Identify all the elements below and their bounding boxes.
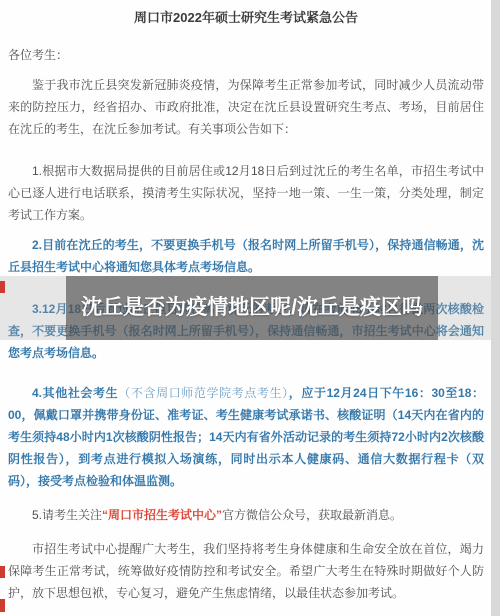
notice-item-4: 4.其他社会考生（不含周口师范学院考点考生），应于12月24日下午16：30至1… (8, 382, 484, 492)
item4-rest-text: ，应于12月24日下午16：30至18：00，佩戴口罩并携带身份证、准考证、考生… (8, 386, 484, 488)
announcement-page: 周口市2022年硕士研究生考试紧急公告 各位考生： 鉴于我市沈丘县突发新冠肺炎疫… (0, 0, 500, 616)
red-edge-mark (0, 281, 5, 293)
page-title: 周口市2022年硕士研究生考试紧急公告 (8, 8, 484, 28)
overlay-title: 沈丘是否为疫情地区呢/沈丘是疫区吗 (75, 292, 429, 324)
right-edge-strip (491, 0, 500, 616)
closing-paragraph: 市招生考试中心提醒广大考生，我们坚持将考生身体健康和生命安全放在首位，竭力保障考… (8, 538, 484, 604)
notice-item-1: 1.根据市大数据局提供的目前居住或12月18日后到过沈丘的考生名单，市招生考试中… (8, 160, 484, 226)
item5-suffix-text: 官方微信公众号，获取最新消息。 (222, 508, 402, 522)
overlay-title-box: 沈丘是否为疫情地区呢/沈丘是疫区吗 (66, 276, 438, 340)
red-edge-mark (0, 566, 5, 578)
notice-item-5: 5.请考生关注“周口市招生考试中心”官方微信公众号，获取最新消息。 (8, 504, 484, 526)
notice-item-2: 2.目前在沈丘的考生，不要更换手机号（报名时网上所留手机号），保持通信畅通，沈丘… (8, 234, 484, 278)
red-edge-mark (0, 599, 5, 612)
salutation: 各位考生： (8, 44, 484, 66)
intro-paragraph: 鉴于我市沈丘县突发新冠肺炎疫情，为保障考生正常参加考试，同时减少人员流动带来的防… (8, 74, 484, 140)
item5-prefix-text: 5.请考生关注 (32, 508, 102, 522)
item4-lead-text: 4.其他社会考生 (32, 386, 118, 400)
item4-note-text: （不含周口师范学院考点考生） (118, 386, 289, 400)
overlay-title-band: 沈丘是否为疫情地区呢/沈丘是疫区吗 (0, 276, 500, 340)
item5-official-account-name: “周口市招生考试中心” (102, 508, 222, 522)
